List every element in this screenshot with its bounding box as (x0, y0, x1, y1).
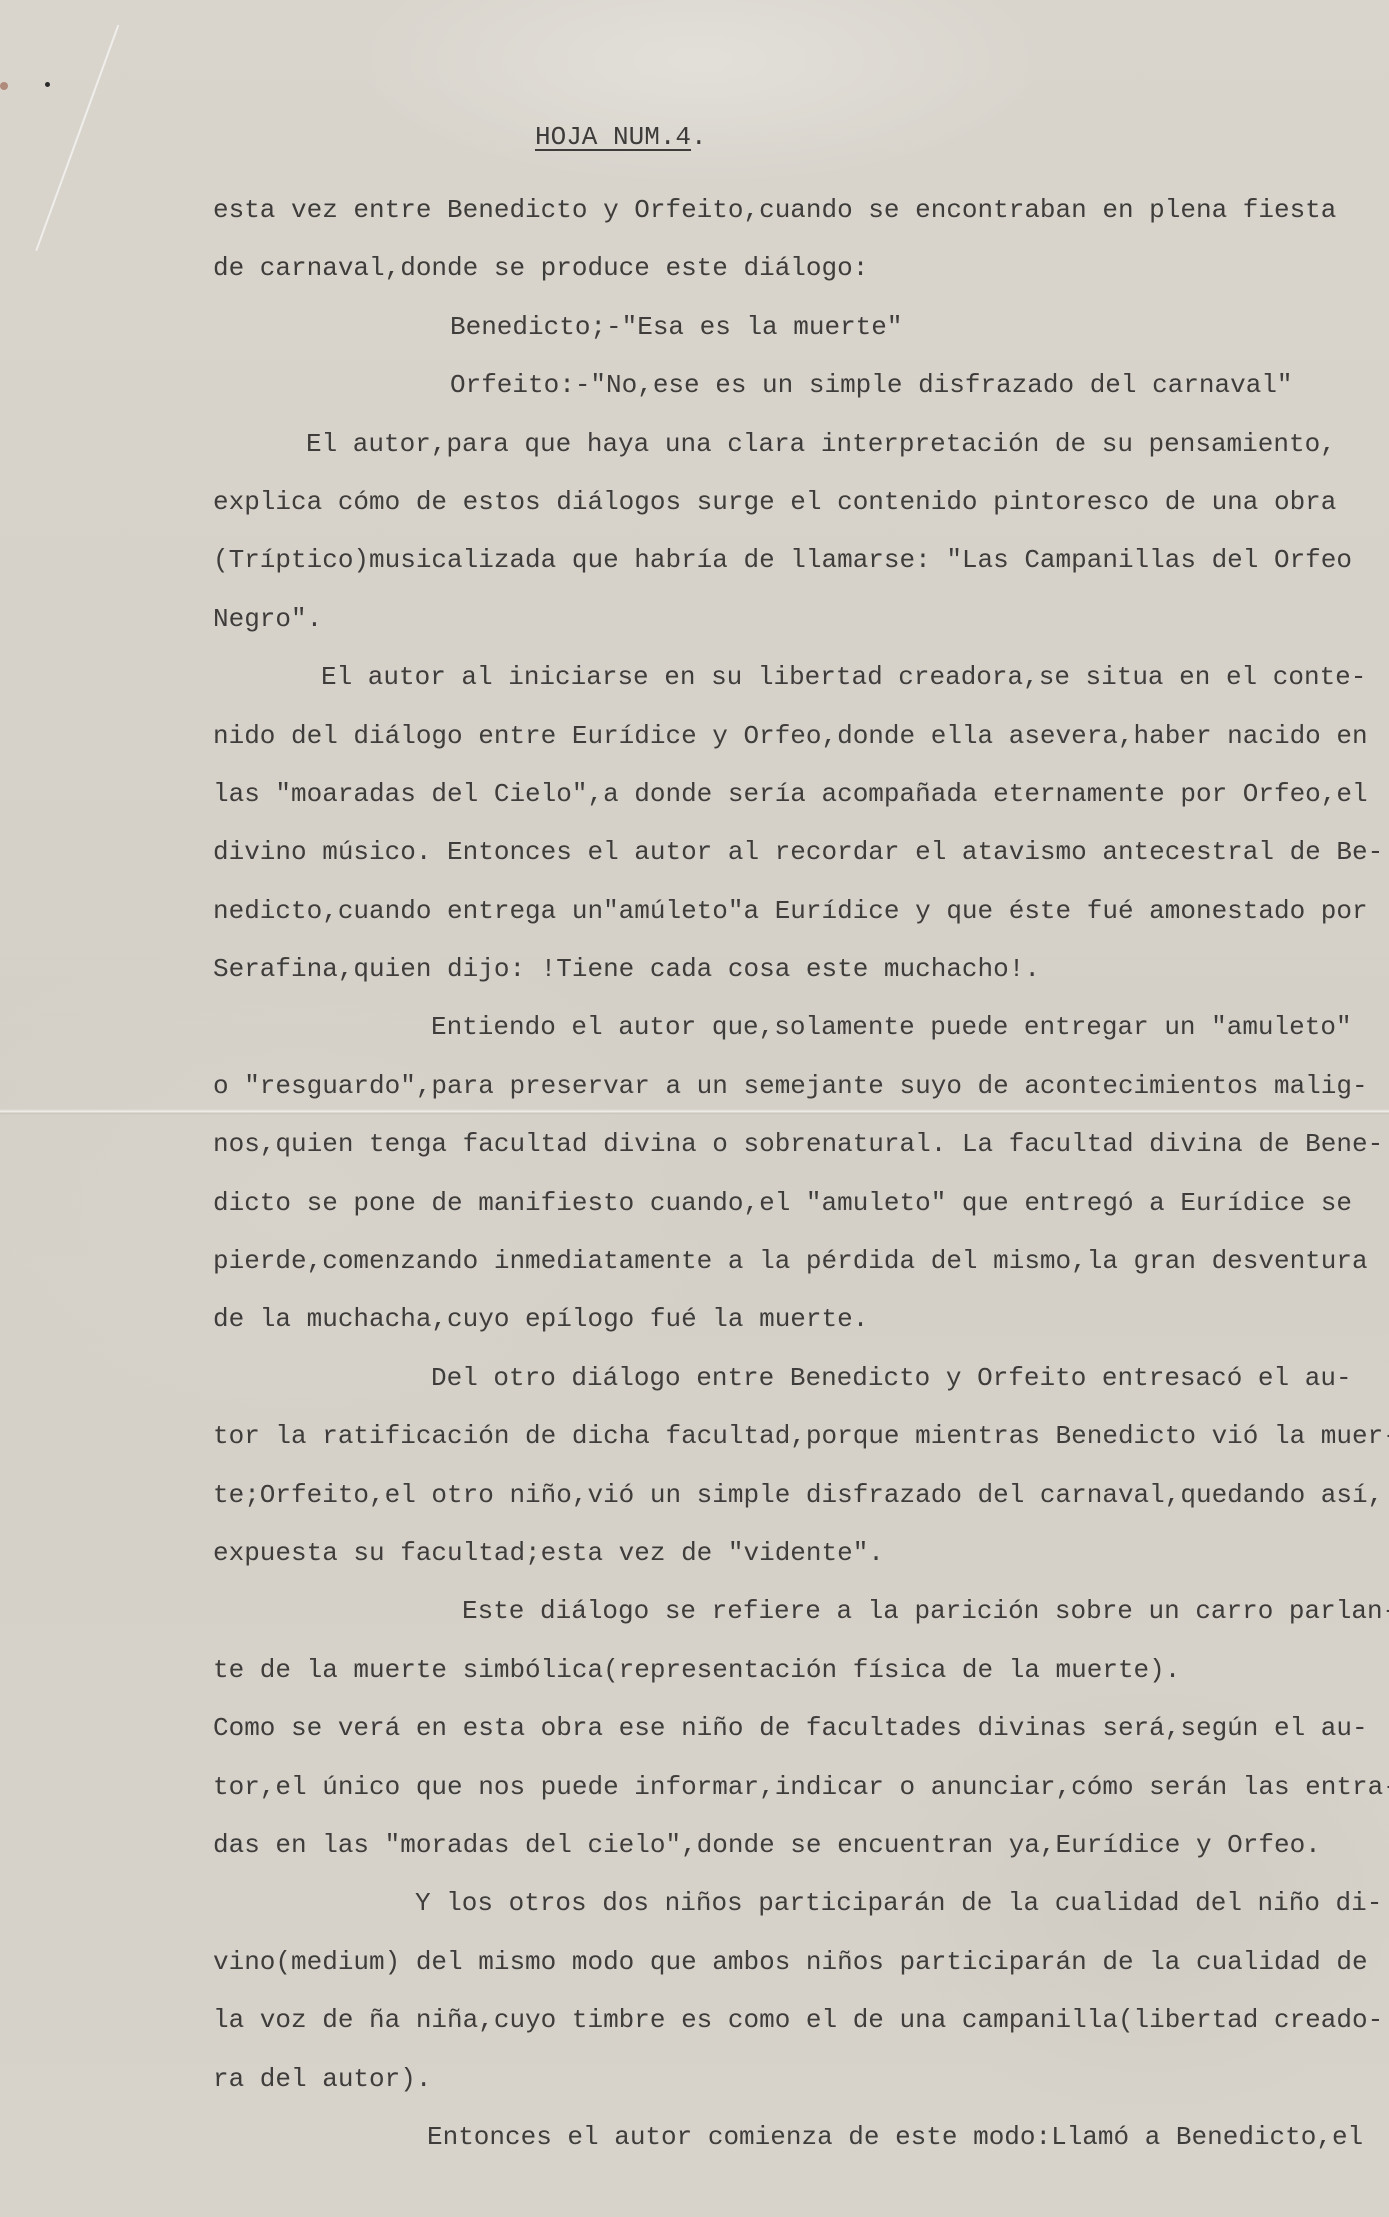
text-line: Serafina,quien dijo: !Tiene cada cosa es… (213, 940, 1363, 998)
text-line: Este diálogo se refiere a la parición so… (213, 1582, 1363, 1640)
text-line: ra del autor). (213, 2050, 1363, 2108)
text-line: de carnaval,donde se produce este diálog… (213, 239, 1363, 297)
text-line: tor,el único que nos puede informar,indi… (213, 1758, 1363, 1816)
text-line: Benedicto;-"Esa es la muerte" (213, 298, 1363, 356)
text-line: expuesta su facultad;esta vez de "vident… (213, 1524, 1363, 1582)
text-line: esta vez entre Benedicto y Orfeito,cuand… (213, 181, 1363, 239)
page-title: HOJA NUM.4. (535, 118, 707, 156)
rust-stain (0, 82, 8, 90)
text-line: o "resguardo",para preservar a un semeja… (213, 1057, 1363, 1115)
text-line: te de la muerte simbólica(representación… (213, 1641, 1363, 1699)
text-line: tor la ratificación de dicha facultad,po… (213, 1407, 1363, 1465)
text-line: das en las "moradas del cielo",donde se … (213, 1816, 1363, 1874)
text-line: Y los otros dos niños participarán de la… (213, 1874, 1363, 1932)
text-line: nos,quien tenga facultad divina o sobren… (213, 1115, 1363, 1173)
text-line: vino(medium) del mismo modo que ambos ni… (213, 1933, 1363, 1991)
text-line: Entiendo el autor que,solamente puede en… (213, 998, 1363, 1056)
page-title-suffix: . (691, 122, 707, 152)
text-line: las "moaradas del Cielo",a donde sería a… (213, 765, 1363, 823)
text-line: El autor,para que haya una clara interpr… (213, 415, 1363, 473)
text-line: divino músico. Entonces el autor al reco… (213, 823, 1363, 881)
text-line: la voz de ña niña,cuyo timbre es como el… (213, 1991, 1363, 2049)
text-line: te;Orfeito,el otro niño,vió un simple di… (213, 1466, 1363, 1524)
text-line: Del otro diálogo entre Benedicto y Orfei… (213, 1349, 1363, 1407)
text-line: Orfeito:-"No,ese es un simple disfrazado… (213, 356, 1363, 414)
text-line: de la muchacha,cuyo epílogo fué la muert… (213, 1290, 1363, 1348)
text-line: El autor al iniciarse en su libertad cre… (213, 648, 1363, 706)
text-line: dicto se pone de manifiesto cuando,el "a… (213, 1174, 1363, 1232)
text-line: explica cómo de estos diálogos surge el … (213, 473, 1363, 531)
text-line: pierde,comenzando inmediatamente a la pé… (213, 1232, 1363, 1290)
document-body: esta vez entre Benedicto y Orfeito,cuand… (213, 181, 1363, 2166)
text-line: Negro". (213, 590, 1363, 648)
text-line: nedicto,cuando entrega un"amúleto"a Eurí… (213, 882, 1363, 940)
text-line: Como se verá en esta obra ese niño de fa… (213, 1699, 1363, 1757)
text-line: nido del diálogo entre Eurídice y Orfeo,… (213, 707, 1363, 765)
page-title-text: HOJA NUM.4 (535, 122, 691, 152)
ink-speck (45, 82, 50, 87)
text-line: Entonces el autor comienza de este modo:… (213, 2108, 1363, 2166)
text-line: (Tríptico)musicalizada que habría de lla… (213, 531, 1363, 589)
